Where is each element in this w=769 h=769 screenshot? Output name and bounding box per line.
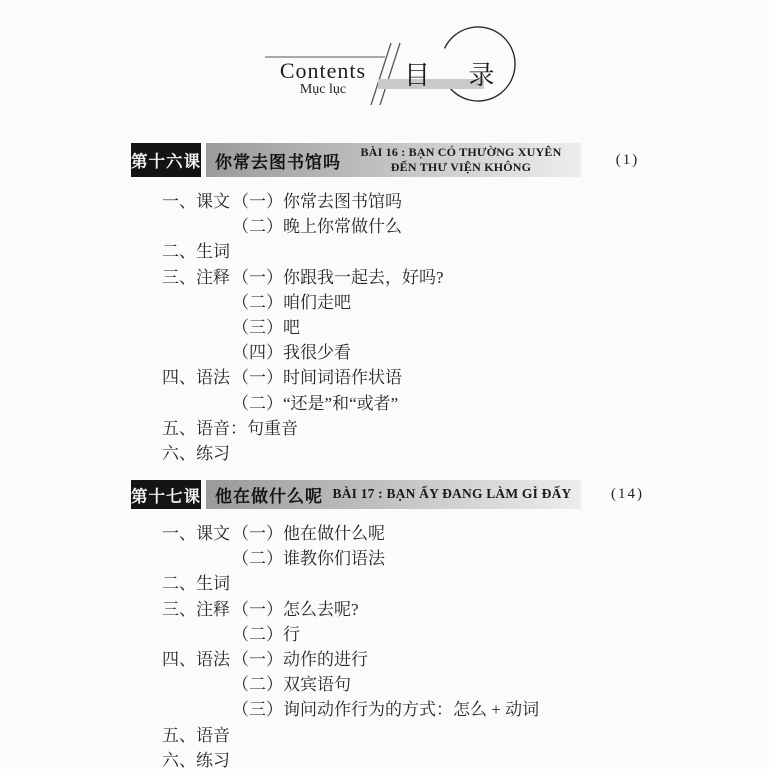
toc-row: 二、生词 [162,239,769,264]
lesson-toc-items: 一、课文 （一）你常去图书馆吗 （二）晚上你常做什么 二、生词 三、注释 （一）… [162,189,769,466]
toc-row: （二）咱们走吧 [162,290,769,315]
toc-section-label [162,622,232,647]
toc-section-label: 五、语音 [162,723,232,748]
toc-subitem-label: （二）“还是”和“或者” [232,391,769,416]
toc-subitem-label: （二）晚上你常做什么 [232,214,769,239]
toc-subitem-label [232,723,769,748]
toc-subitem-label: （三）询问动作行为的方式：怎么 + 动词 [232,697,769,722]
toc-section-label: 五、语音：句重音 [162,416,232,441]
toc-row: （二）谁教你们语法 [162,546,769,571]
toc-row: 五、语音：句重音 [162,416,769,441]
toc-row: （二）双宾语句 [162,672,769,697]
toc-subitem-label: （四）我很少看 [232,340,769,365]
lesson-title-vi-line: BÀI 16 : BẠN CÓ THƯỜNG XUYÊN [341,145,581,160]
toc-section-label [162,546,232,571]
lesson-title-vi-line: ĐẾN THƯ VIỆN KHÔNG [341,160,581,175]
toc-subitem-label [232,239,769,264]
lesson-number-badge: 第十六课 [131,143,201,177]
toc-row: 三、注释 （一）你跟我一起去，好吗? [162,265,769,290]
contents-title-zh: 目 录 [404,55,511,92]
lesson-page-number: (1) [581,143,674,177]
toc-section-label: 三、注释 [162,597,232,622]
toc-subitem-label: （三）吧 [232,315,769,340]
lesson-section: 第十七课 他在做什么呢 BÀI 17 : BẠN ẤY ĐANG LÀM GÌ … [0,480,769,769]
toc-section-label [162,315,232,340]
toc-subitem-label: （一）怎么去呢? [232,597,769,622]
toc-row: （二）“还是”和“或者” [162,391,769,416]
toc-row: 一、课文 （一）他在做什么呢 [162,521,769,546]
toc-section-label: 一、课文 [162,521,232,546]
toc-row: 六、练习 [162,441,769,466]
toc-subitem-label: （一）你常去图书馆吗 [232,189,769,214]
toc-section-label [162,672,232,697]
toc-subitem-label: （一）你跟我一起去，好吗? [232,265,769,290]
lesson-title-vi-line: BÀI 17 : BẠN ẤY ĐANG LÀM GÌ ĐẤY [323,486,581,503]
lesson-page-number: (14) [581,480,674,509]
toc-section-label: 二、生词 [162,239,232,264]
toc-section-label: 六、练习 [162,441,232,466]
lesson-title-vi: BÀI 16 : BẠN CÓ THƯỜNG XUYÊNĐẾN THƯ VIỆN… [341,145,581,175]
toc-subitem-label [232,571,769,596]
toc-subitem-label: （二）谁教你们语法 [232,546,769,571]
toc-page-header: Contents Mục lục 目 录 [0,0,769,140]
toc-row: 四、语法 （一）动作的进行 [162,647,769,672]
toc-row: （二）行 [162,622,769,647]
lesson-toc-items: 一、课文 （一）他在做什么呢 （二）谁教你们语法 二、生词 三、注释 （一）怎么… [162,521,769,769]
toc-subitem-label: （二）行 [232,622,769,647]
toc-section-label: 三、注释 [162,265,232,290]
toc-section-label [162,697,232,722]
toc-row: （二）晚上你常做什么 [162,214,769,239]
lesson-section: 第十六课 你常去图书馆吗 BÀI 16 : BẠN CÓ THƯỜNG XUYÊ… [0,143,769,466]
toc-subitem-label: （二）双宾语句 [232,672,769,697]
toc-row: 四、语法 （一）时间词语作状语 [162,365,769,390]
toc-row: （四）我很少看 [162,340,769,365]
contents-title-vi: Mục lục [258,82,388,98]
lesson-title-zh: 他在做什么呢 [215,482,323,507]
toc-section-label: 四、语法 [162,365,232,390]
toc-subitem-label: （一）动作的进行 [232,647,769,672]
toc-section-label: 六、练习 [162,748,232,769]
lesson-number-badge: 第十七课 [131,480,201,509]
toc-subitem-label: （一）时间词语作状语 [232,365,769,390]
lesson-title-zh: 你常去图书馆吗 [215,148,341,173]
toc-section-label [162,340,232,365]
toc-section-label: 四、语法 [162,647,232,672]
toc-subitem-label: （一）他在做什么呢 [232,521,769,546]
toc-row: （三）询问动作行为的方式：怎么 + 动词 [162,697,769,722]
lesson-header: 第十七课 他在做什么呢 BÀI 17 : BẠN ẤY ĐANG LÀM GÌ … [131,480,674,509]
toc-section-label [162,214,232,239]
lesson-title-bar: 他在做什么呢 BÀI 17 : BẠN ẤY ĐANG LÀM GÌ ĐẤY [206,480,581,509]
toc-subitem-label: （二）咱们走吧 [232,290,769,315]
toc-subitem-label [232,748,769,769]
toc-row: 五、语音 [162,723,769,748]
toc-subitem-label [232,416,769,441]
toc-section-label: 一、课文 [162,189,232,214]
lesson-header: 第十六课 你常去图书馆吗 BÀI 16 : BẠN CÓ THƯỜNG XUYÊ… [131,143,674,177]
lesson-title-bar: 你常去图书馆吗 BÀI 16 : BẠN CÓ THƯỜNG XUYÊNĐẾN … [206,143,581,177]
toc-section-label: 二、生词 [162,571,232,596]
toc-row: 六、练习 [162,748,769,769]
toc-row: 二、生词 [162,571,769,596]
lesson-title-vi: BÀI 17 : BẠN ẤY ĐANG LÀM GÌ ĐẤY [323,486,581,503]
toc-section-label [162,290,232,315]
contents-title-en: Contents [258,58,388,84]
toc-row: （三）吧 [162,315,769,340]
toc-subitem-label [232,441,769,466]
toc-section-label [162,391,232,416]
toc-row: 一、课文 （一）你常去图书馆吗 [162,189,769,214]
toc-row: 三、注释 （一）怎么去呢? [162,597,769,622]
